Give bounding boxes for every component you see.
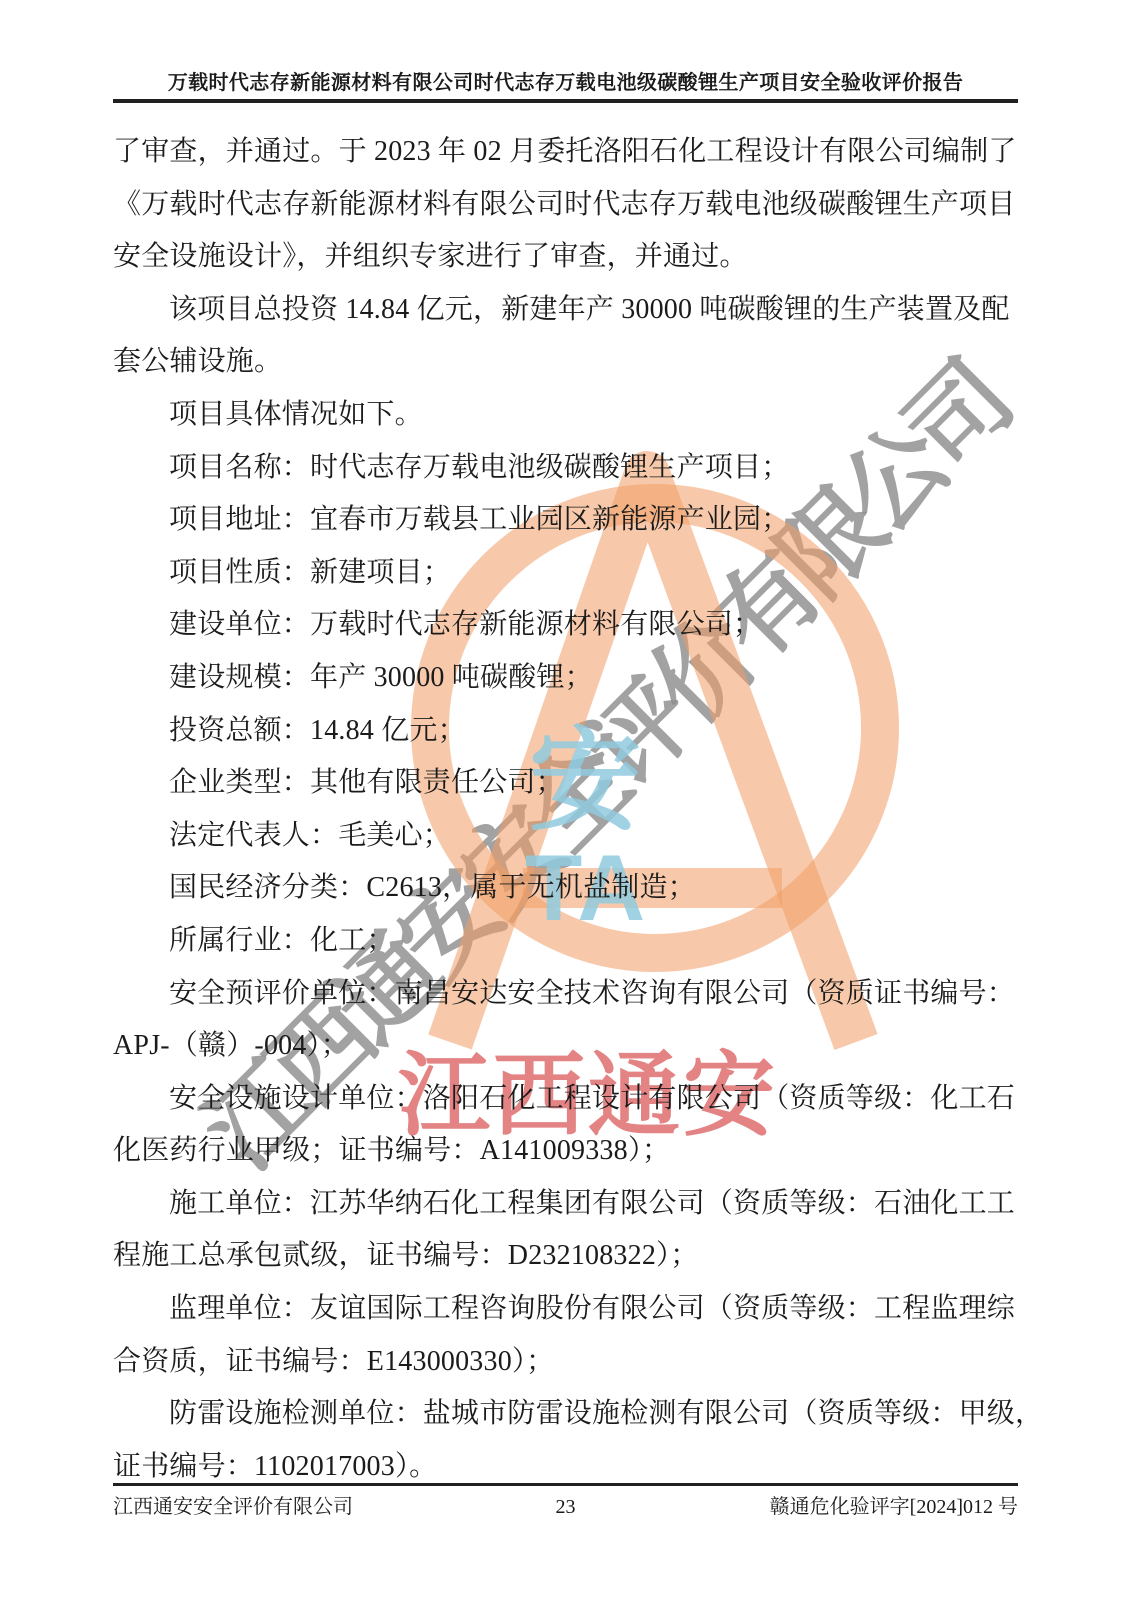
body-line: 项目名称：时代志存万载电池级碳酸锂生产项目；	[113, 442, 1018, 495]
footer-page-number: 23	[556, 1492, 576, 1522]
body-line: 施工单位：江苏华纳石化工程集团有限公司（资质等级：石油化工工	[113, 1178, 1018, 1231]
report-page: 江西通安安全评价有限公司 安 TA 江西通安 万载时代志存新能源材料有限公司时代…	[0, 0, 1131, 1600]
body-line: 建设规模：年产 30000 吨碳酸锂；	[113, 652, 1018, 705]
page-footer: 江西通安安全评价有限公司 23 赣通危化验评字[2024]012 号	[113, 1492, 1018, 1524]
body-line: 安全设施设计单位：洛阳石化工程设计有限公司（资质等级：化工石	[113, 1073, 1018, 1126]
footer-doc-number: 赣通危化验评字[2024]012 号	[770, 1492, 1018, 1522]
body-line: 国民经济分类：C2613，属于无机盐制造；	[113, 862, 1018, 915]
body-line: 所属行业：化工；	[113, 915, 1018, 968]
body-line: 法定代表人：毛美心；	[113, 810, 1018, 863]
footer-rule	[113, 1483, 1018, 1486]
body-line: 了审查，并通过。于 2023 年 02 月委托洛阳石化工程设计有限公司编制了	[113, 126, 1018, 179]
body-line: 《万载时代志存新能源材料有限公司时代志存万载电池级碳酸锂生产项目	[113, 179, 1018, 232]
page-content: 万载时代志存新能源材料有限公司时代志存万载电池级碳酸锂生产项目安全验收评价报告 …	[0, 0, 1131, 1600]
body-line: 项目地址：宜春市万载县工业园区新能源产业园；	[113, 494, 1018, 547]
body-line: 建设单位：万载时代志存新能源材料有限公司；	[113, 599, 1018, 652]
body-line: 套公辅设施。	[113, 336, 1018, 389]
body-line: 合资质，证书编号：E143000330）；	[113, 1336, 1018, 1389]
page-header-title: 万载时代志存新能源材料有限公司时代志存万载电池级碳酸锂生产项目安全验收评价报告	[0, 66, 1131, 95]
body-line: 防雷设施检测单位：盐城市防雷设施检测有限公司（资质等级：甲级，	[113, 1388, 1018, 1441]
body-line: 投资总额：14.84 亿元；	[113, 705, 1018, 758]
body-line: 安全预评价单位：南昌安达安全技术咨询有限公司（资质证书编号：	[113, 968, 1018, 1021]
body-line: 项目性质：新建项目；	[113, 547, 1018, 600]
body-line: 化医药行业甲级；证书编号：A141009338）；	[113, 1125, 1018, 1178]
body-line: 程施工总承包贰级，证书编号：D232108322）；	[113, 1230, 1018, 1283]
body-line: APJ-（赣）-004）；	[113, 1020, 1018, 1073]
footer-company: 江西通安安全评价有限公司	[113, 1492, 353, 1522]
header-rule	[113, 99, 1018, 103]
body-line: 监理单位：友谊国际工程咨询股份有限公司（资质等级：工程监理综	[113, 1283, 1018, 1336]
body-line: 安全设施设计》，并组织专家进行了审查，并通过。	[113, 231, 1018, 284]
body-line: 企业类型：其他有限责任公司；	[113, 757, 1018, 810]
body-line: 该项目总投资 14.84 亿元，新建年产 30000 吨碳酸锂的生产装置及配	[113, 284, 1018, 337]
body-text: 了审查，并通过。于 2023 年 02 月委托洛阳石化工程设计有限公司编制了 《…	[113, 126, 1018, 1493]
body-line: 项目具体情况如下。	[113, 389, 1018, 442]
